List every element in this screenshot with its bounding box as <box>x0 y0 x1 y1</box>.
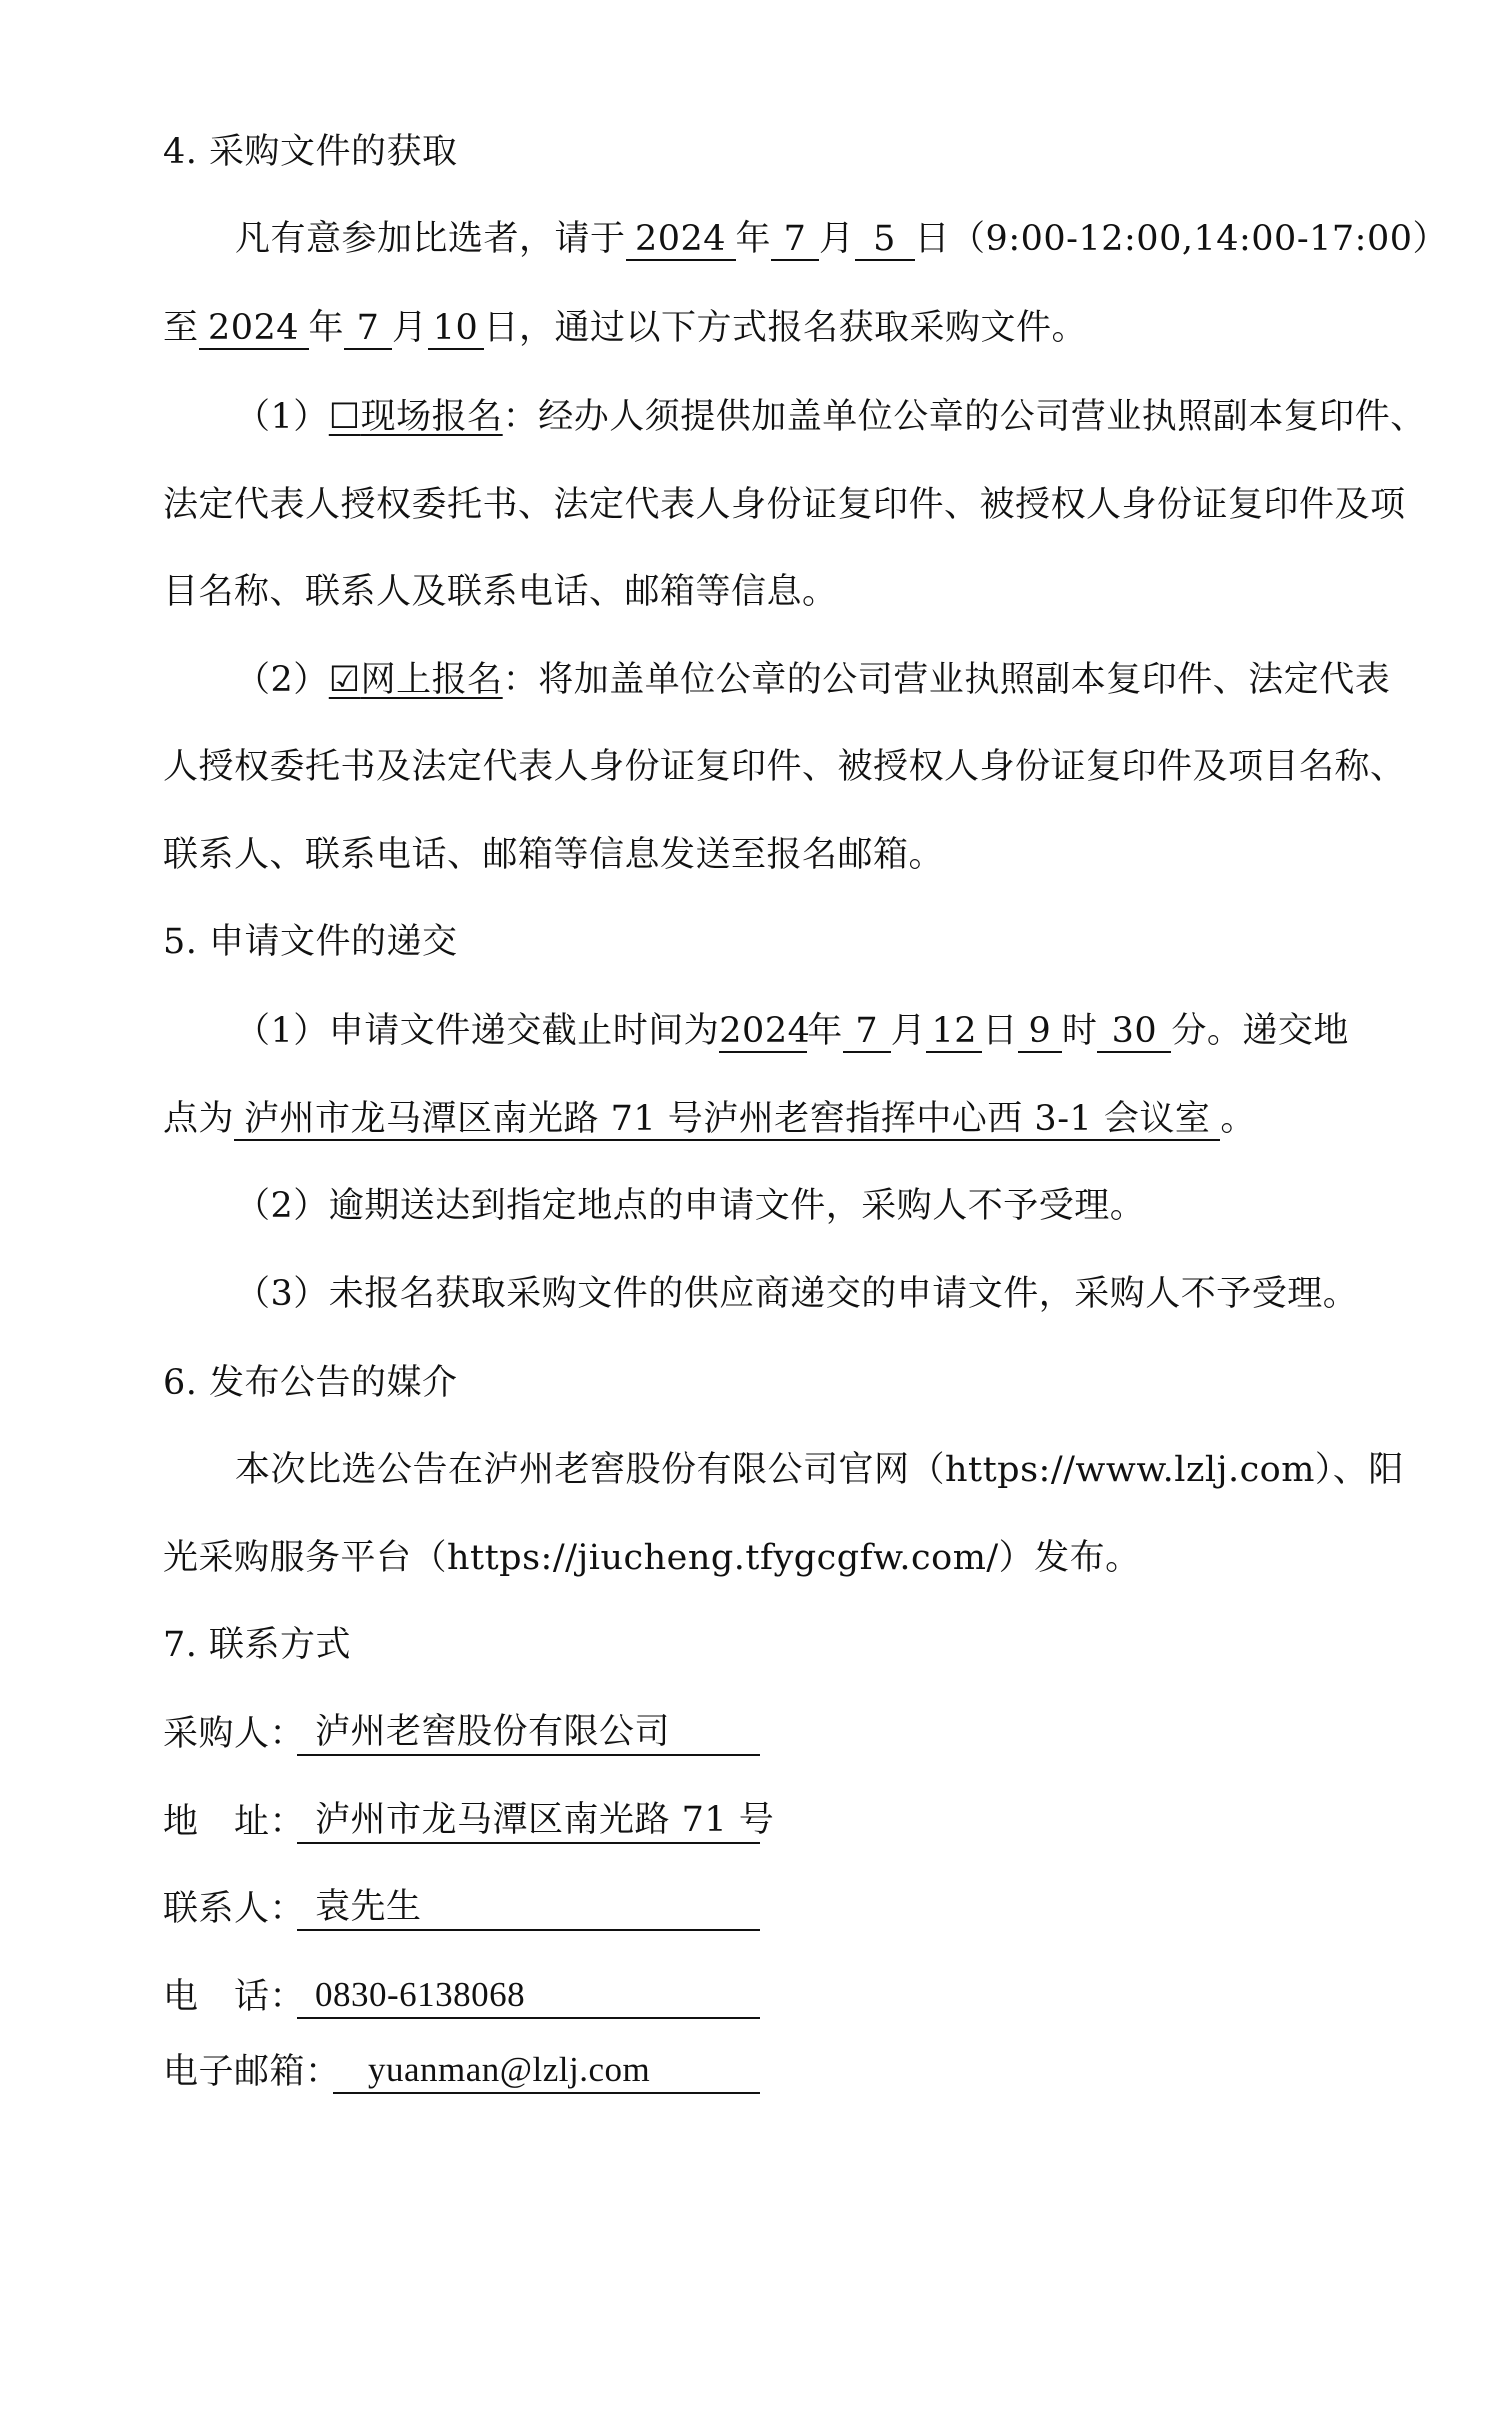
contact-purchaser-field: 泸州老窖股份有限公司 <box>297 1710 760 1756</box>
submission-deadline-line-1: （1）申请文件递交截止时间为2024年7月12日9时30分。递交地 <box>235 1009 1349 1053</box>
end-year-value: 2024 <box>199 308 309 350</box>
unchecked-checkbox-icon[interactable]: ☐ <box>329 397 361 437</box>
text: 月 <box>819 219 855 259</box>
text: ：经办人须提供加盖单位公章的公司营业执照副本复印件、 <box>503 397 1426 437</box>
text: 点为 <box>163 1099 234 1139</box>
contact-person-value: 袁先生 <box>297 1887 422 1927</box>
end-day-value: 10 <box>428 308 484 350</box>
contact-purchaser-value: 泸州老窖股份有限公司 <box>297 1712 670 1752</box>
contact-purchaser-label: 采购人： <box>163 1712 305 1756</box>
unregistered-supplier-rule: （3）未报名获取采购文件的供应商递交的申请文件，采购人不予受理。 <box>235 1272 1358 1316</box>
checked-checkbox-icon[interactable]: ☑ <box>329 660 361 700</box>
online-registration-line-3: 联系人、联系电话、邮箱等信息发送至报名邮箱。 <box>163 833 944 877</box>
text: 日 <box>982 1011 1018 1051</box>
late-submission-rule: （2）逾期送达到指定地点的申请文件，采购人不予受理。 <box>235 1184 1145 1228</box>
text: 凡有意参加比选者，请于 <box>235 219 626 259</box>
item-prefix: （1） <box>235 397 329 437</box>
text: ：将加盖单位公章的公司营业执照副本复印件、法定代表 <box>503 660 1391 700</box>
deadline-hour-value: 9 <box>1018 1011 1062 1053</box>
contact-address-field: 泸州市龙马潭区南光路 71 号 <box>297 1798 760 1844</box>
contact-person-field: 袁先生 <box>297 1885 760 1931</box>
start-day-value: 5 <box>855 219 915 261</box>
onsite-registration-line-1: （1）☐现场报名：经办人须提供加盖单位公章的公司营业执照副本复印件、 <box>235 395 1426 439</box>
text: 。 <box>1220 1099 1256 1139</box>
deadline-year-value: 2024 <box>719 1011 807 1053</box>
option-label: 网上报名 <box>361 660 503 700</box>
contact-phone-field: 0830-6138068 <box>297 1973 760 2019</box>
onsite-registration-option[interactable]: ☐现场报名 <box>329 397 503 437</box>
text: 日（9:00-12:00,14:00-17:00） <box>915 219 1448 259</box>
onsite-registration-line-3: 目名称、联系人及联系电话、邮箱等信息。 <box>163 570 838 614</box>
contact-email-value: yuanman@lzlj.com <box>333 2050 650 2089</box>
publication-media-line-1: 本次比选公告在泸州老窖股份有限公司官网（https://www.lzlj.com… <box>235 1448 1404 1492</box>
text: 分。递交地 <box>1171 1011 1349 1051</box>
start-year-value: 2024 <box>626 219 736 261</box>
option-label: 现场报名 <box>361 397 503 437</box>
section-4-heading: 4. 采购文件的获取 <box>163 130 458 174</box>
submission-location-value: 泸州市龙马潭区南光路 71 号泸州老窖指挥中心西 3-1 会议室 <box>234 1099 1220 1141</box>
deadline-minute-value: 30 <box>1097 1011 1171 1053</box>
text: 时 <box>1062 1011 1098 1051</box>
text: 日，通过以下方式报名获取采购文件。 <box>484 308 1088 348</box>
contact-phone-label: 电 话： <box>163 1975 305 2019</box>
online-registration-line-2: 人授权委托书及法定代表人身份证复印件、被授权人身份证复印件及项目名称、 <box>163 745 1406 789</box>
text: （1）申请文件递交截止时间为 <box>235 1011 719 1051</box>
contact-address-label: 地 址： <box>163 1800 305 1844</box>
online-registration-line-1: （2）☑网上报名：将加盖单位公章的公司营业执照副本复印件、法定代表 <box>235 658 1390 702</box>
item-prefix: （2） <box>235 660 329 700</box>
section-5-heading: 5. 申请文件的递交 <box>163 920 458 964</box>
publication-media-line-2: 光采购服务平台（https://jiucheng.tfygcgfw.com/）发… <box>163 1536 1141 1580</box>
deadline-month-value: 7 <box>843 1011 891 1053</box>
text: 年 <box>736 219 772 259</box>
text: 月 <box>392 308 428 348</box>
contact-email-field: yuanman@lzlj.com <box>333 2048 760 2094</box>
text: 年 <box>309 308 345 348</box>
section-7-heading: 7. 联系方式 <box>163 1623 351 1667</box>
acquisition-period-line-2: 至2024年7月10日，通过以下方式报名获取采购文件。 <box>163 306 1087 350</box>
contact-person-label: 联系人： <box>163 1887 305 1931</box>
deadline-day-value: 12 <box>926 1011 982 1053</box>
contact-address-value: 泸州市龙马潭区南光路 71 号 <box>297 1800 774 1840</box>
submission-location-line: 点为泸州市龙马潭区南光路 71 号泸州老窖指挥中心西 3-1 会议室。 <box>163 1097 1256 1141</box>
contact-email-label: 电子邮箱： <box>163 2050 341 2094</box>
section-6-heading: 6. 发布公告的媒介 <box>163 1361 458 1405</box>
text: 月 <box>891 1011 927 1051</box>
acquisition-period-line-1: 凡有意参加比选者，请于2024年7月5日（9:00-12:00,14:00-17… <box>235 217 1448 261</box>
text: 年 <box>807 1011 843 1051</box>
contact-phone-value: 0830-6138068 <box>297 1975 525 2014</box>
text: 至 <box>163 308 199 348</box>
online-registration-option[interactable]: ☑网上报名 <box>329 660 503 700</box>
start-month-value: 7 <box>771 219 819 261</box>
end-month-value: 7 <box>344 308 392 350</box>
onsite-registration-line-2: 法定代表人授权委托书、法定代表人身份证复印件、被授权人身份证复印件及项 <box>163 483 1406 527</box>
